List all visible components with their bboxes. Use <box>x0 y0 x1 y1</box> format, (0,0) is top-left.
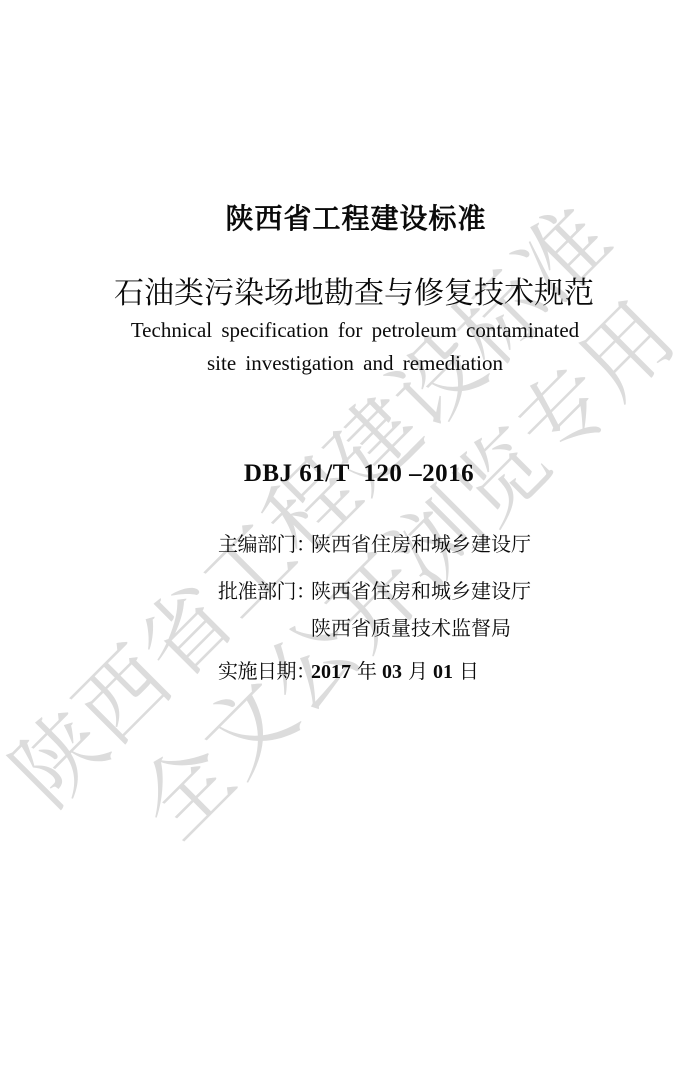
implementation-day-unit: 日 <box>459 661 479 683</box>
standard-category-heading: 陕西省工程建设标准 <box>0 205 700 233</box>
chief-edit-department-row: 主编部门：陕西省住房和城乡建设厅 <box>218 534 531 557</box>
chief-edit-value: 陕西省住房和城乡建设厅 <box>311 534 531 556</box>
implementation-day: 01 <box>433 661 453 683</box>
chief-edit-label: 主编部门： <box>218 534 311 557</box>
document-title-en-line1: Technical specification for petroleum co… <box>0 319 700 342</box>
document-cover-page: 陕西省工程建设标准 全文公开浏览专用 陕西省工程建设标准 石油类污染场地勘查与修… <box>0 0 700 1082</box>
implementation-month: 03 <box>382 661 402 683</box>
implementation-date-row: 实施日期：2017年03月01日 <box>218 661 479 684</box>
standard-number: DBJ 61/T 120 –2016 <box>0 461 700 486</box>
implementation-year: 2017 <box>311 661 351 683</box>
approve-second-value: 陕西省质量技术监督局 <box>311 618 511 640</box>
approve-department-row: 批准部门：陕西省住房和城乡建设厅 <box>218 581 531 604</box>
approve-label: 批准部门： <box>218 581 311 604</box>
implementation-year-unit: 年 <box>357 661 377 683</box>
implementation-date-label: 实施日期： <box>218 661 311 684</box>
approve-value: 陕西省住房和城乡建设厅 <box>311 581 531 603</box>
document-title-en-line2: site investigation and remediation <box>0 352 700 375</box>
approve-department-second-row: 陕西省质量技术监督局 <box>218 618 511 641</box>
document-title-zh: 石油类污染场地勘查与修复技术规范 <box>0 279 700 309</box>
implementation-month-unit: 月 <box>408 661 428 683</box>
